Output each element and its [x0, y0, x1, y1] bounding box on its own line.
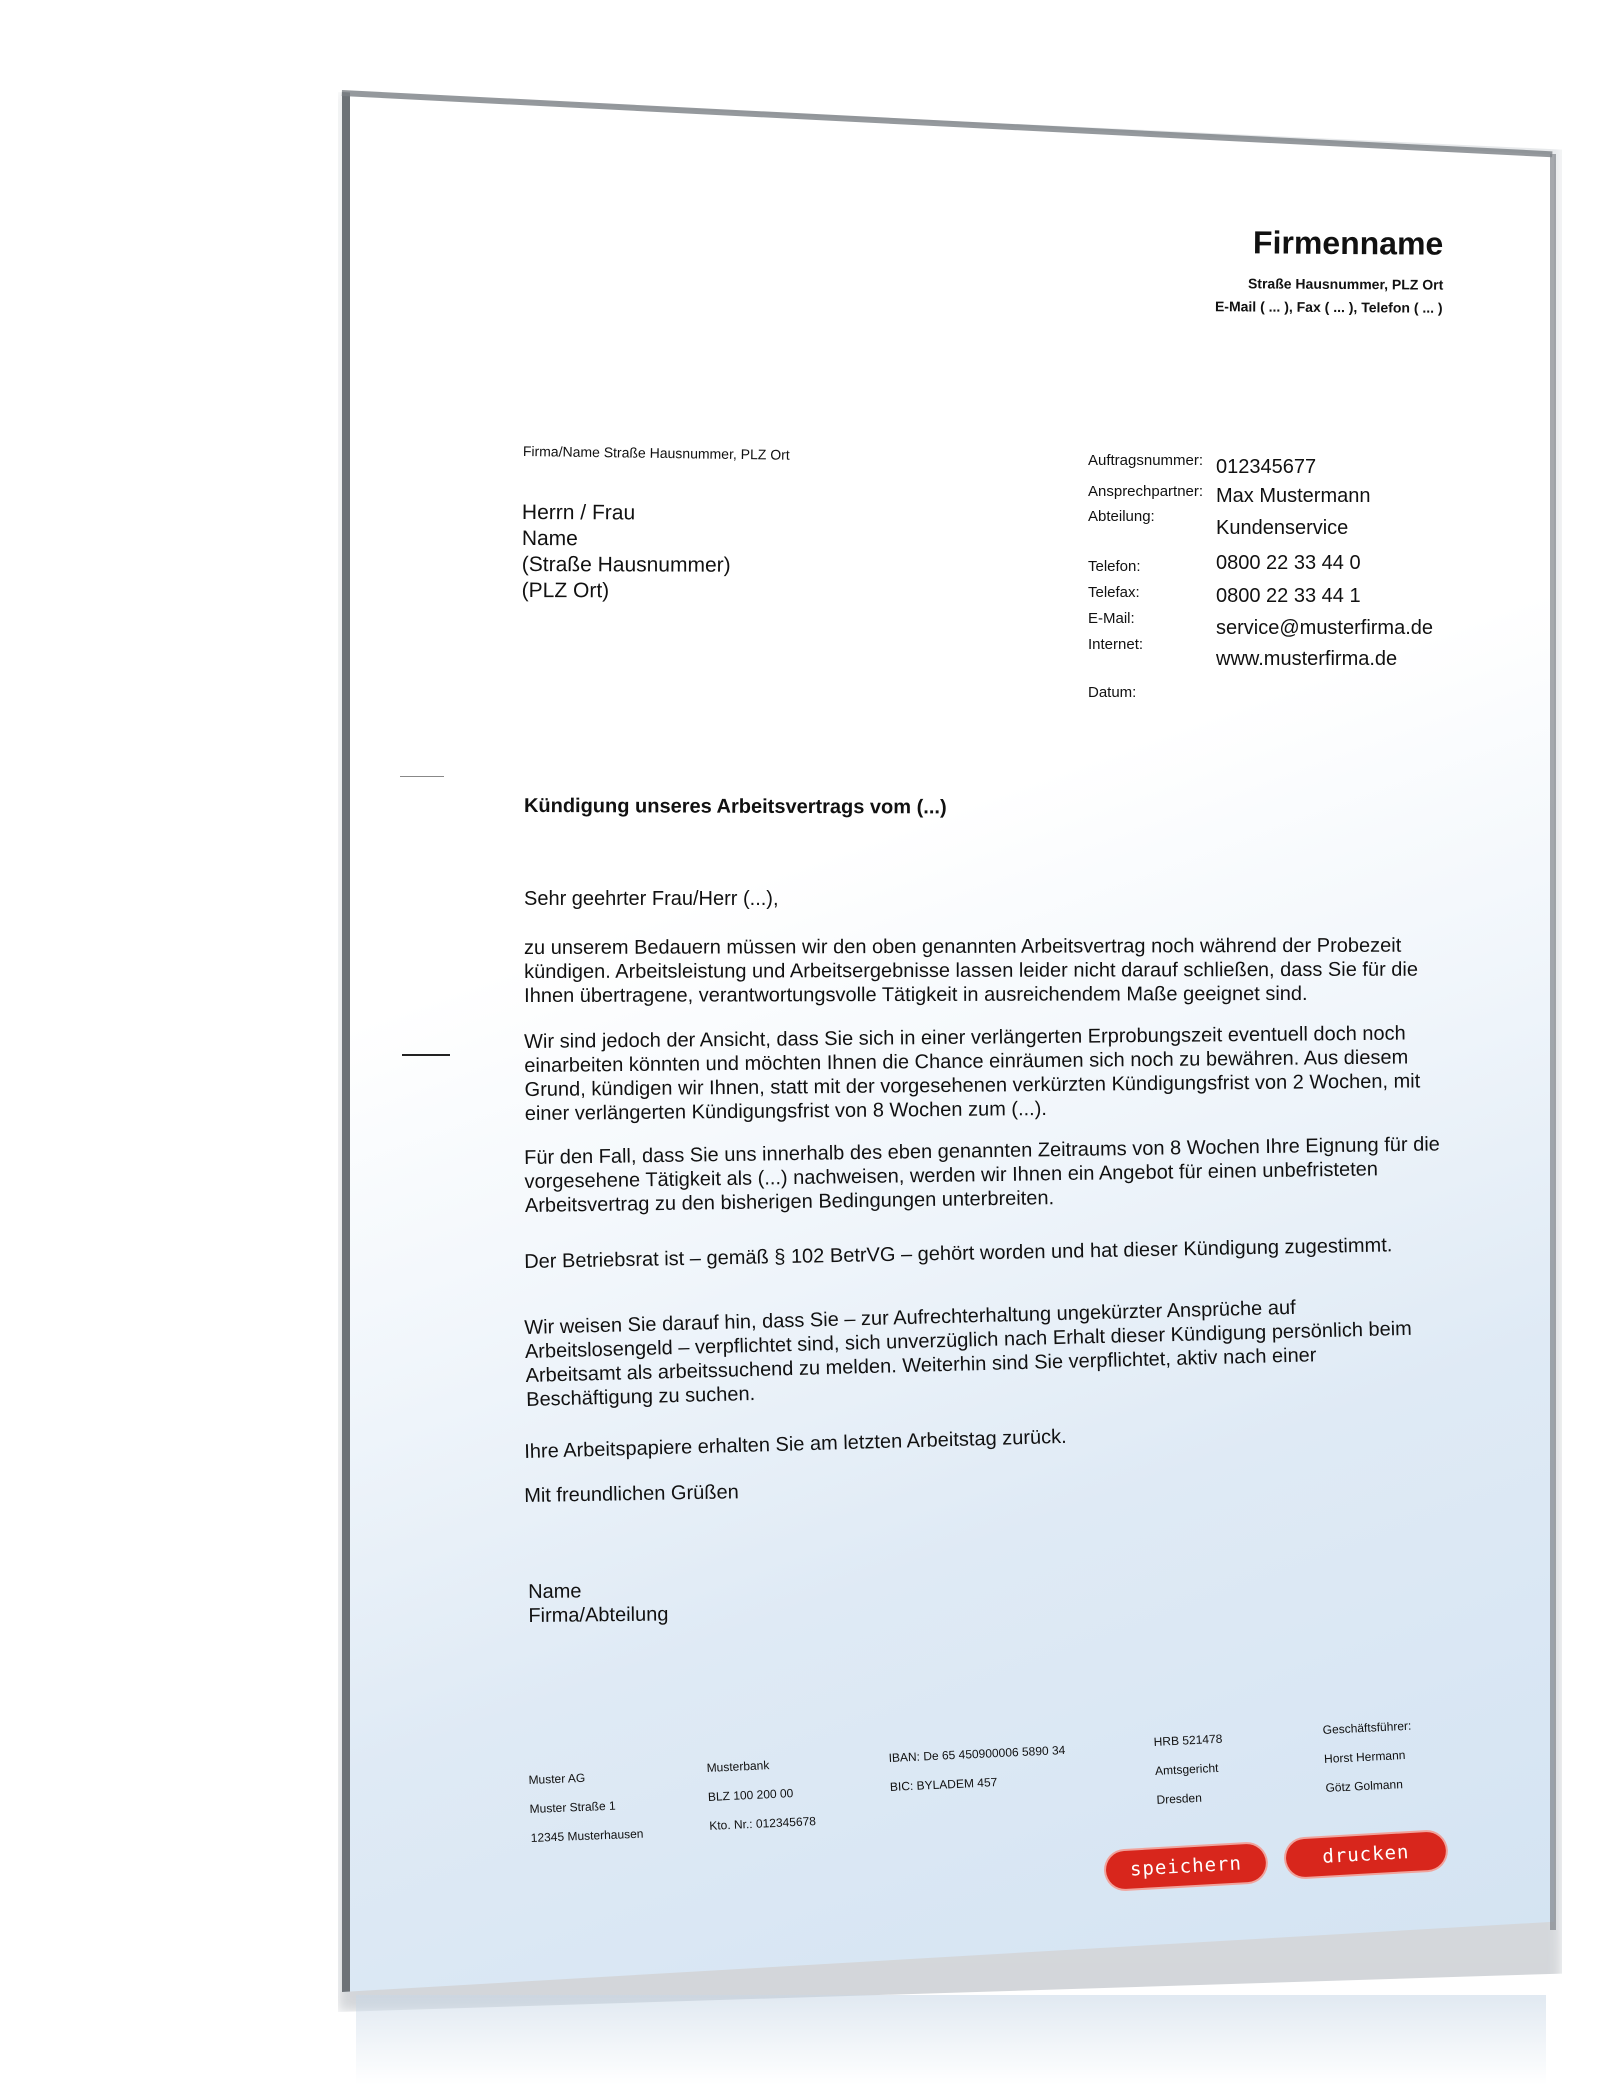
info-value: Max Mustermann — [1216, 485, 1371, 508]
fold-mark-top — [400, 776, 444, 777]
footer-company: Muster AG Muster Straße 1 12345 Musterha… — [528, 1762, 644, 1853]
info-value: service@musterfirma.de — [1216, 617, 1433, 640]
footer-register: HRB 521478 Amtsgericht Dresden — [1153, 1725, 1226, 1815]
paragraph-1: zu unserem Bedauern müssen wir den oben … — [524, 934, 1444, 1008]
letter-subject: Kündigung unseres Arbeitsvertrags vom (.… — [524, 795, 947, 819]
paragraph-2: Wir sind jedoch der Ansicht, dass Sie si… — [524, 1021, 1445, 1126]
info-value: www.musterfirma.de — [1216, 648, 1397, 671]
paragraph-line: Ihnen übertragene, verantwortungsvolle T… — [524, 982, 1444, 1008]
footer-line: Amtsgericht — [1154, 1754, 1224, 1786]
letter-salutation: Sehr geehrter Frau/Herr (...), — [524, 888, 779, 911]
info-label: Telefon: — [1088, 558, 1141, 575]
paragraph-line: zu unserem Bedauern müssen wir den oben … — [524, 934, 1444, 960]
paragraph-line: Der Betriebsrat ist – gemäß § 102 BetrVG… — [524, 1232, 1444, 1274]
info-label: E-Mail: — [1088, 610, 1135, 627]
paragraph-6: Ihre Arbeitspapiere erhalten Sie am letz… — [524, 1414, 1444, 1464]
info-value: 0800 22 33 44 0 — [1216, 552, 1361, 575]
footer-line: HRB 521478 — [1153, 1725, 1223, 1757]
paragraph-4: Der Betriebsrat ist – gemäß § 102 BetrVG… — [524, 1232, 1444, 1274]
footer-line: Götz Golmann — [1325, 1770, 1415, 1803]
signature-name: Name — [528, 1579, 668, 1604]
info-label: Datum: — [1088, 684, 1136, 701]
paragraph-line: Ihre Arbeitspapiere erhalten Sie am letz… — [524, 1414, 1444, 1464]
info-label: Abteilung: — [1088, 508, 1155, 525]
print-button[interactable]: drucken — [1285, 1831, 1447, 1878]
paragraph-closing: Mit freundlichen Grüßen — [524, 1468, 1444, 1508]
footer-line: Dresden — [1156, 1783, 1226, 1815]
fold-mark-middle — [402, 1054, 450, 1056]
info-label: Internet: — [1088, 636, 1143, 653]
footer-line: Kto. Nr.: 012345678 — [709, 1807, 817, 1841]
info-label: Auftragsnummer: — [1088, 452, 1203, 469]
recipient-address: Herrn / Frau Name (Straße Hausnummer) (P… — [522, 500, 731, 605]
company-contact: E-Mail ( ... ), Fax ( ... ), Telefon ( .… — [1215, 298, 1443, 316]
signature-block: Name Firma/Abteilung — [528, 1579, 669, 1628]
recipient-line: (Straße Hausnummer) — [522, 552, 731, 579]
paragraph-line: Mit freundlichen Grüßen — [524, 1468, 1444, 1508]
signature-department: Firma/Abteilung — [528, 1603, 668, 1628]
save-button[interactable]: speichern — [1105, 1843, 1267, 1890]
letter-content: Firmenname Straße Hausnummer, PLZ Ort E-… — [0, 0, 1600, 2100]
info-value: 012345677 — [1216, 456, 1316, 479]
paragraph-line: kündigen. Arbeitsleistung und Arbeitserg… — [524, 958, 1444, 984]
footer-line: Muster AG — [528, 1762, 642, 1795]
footer-line: Muster Straße 1 — [529, 1791, 643, 1824]
footer-management: Geschäftsführer: Horst Hermann Götz Golm… — [1322, 1712, 1415, 1803]
footer-line: Geschäftsführer: — [1322, 1712, 1412, 1745]
info-value: 0800 22 33 44 1 — [1216, 585, 1361, 608]
paragraph-5: Wir weisen Sie darauf hin, dass Sie – zu… — [524, 1292, 1446, 1412]
info-label: Telefax: — [1088, 584, 1140, 601]
footer-line: Horst Hermann — [1323, 1741, 1413, 1774]
company-name: Firmenname — [1253, 224, 1444, 262]
recipient-line: Herrn / Frau — [522, 500, 731, 527]
document-preview-stage: Firmenname Straße Hausnummer, PLZ Ort E-… — [0, 0, 1600, 2100]
recipient-line: Name — [522, 526, 731, 553]
footer-bank: Musterbank BLZ 100 200 00 Kto. Nr.: 0123… — [706, 1749, 817, 1841]
footer-iban: IBAN: De 65 450900006 5890 34 BIC: BYLAD… — [888, 1736, 1067, 1802]
company-address: Straße Hausnummer, PLZ Ort — [1248, 275, 1443, 292]
sender-return-line: Firma/Name Straße Hausnummer, PLZ Ort — [523, 443, 790, 463]
info-label: Ansprechpartner: — [1088, 483, 1203, 500]
recipient-line: (PLZ Ort) — [522, 578, 731, 605]
paragraph-3: Für den Fall, dass Sie uns innerhalb des… — [524, 1132, 1445, 1218]
footer-line: 12345 Musterhausen — [530, 1820, 644, 1853]
info-value: Kundenservice — [1216, 517, 1348, 540]
